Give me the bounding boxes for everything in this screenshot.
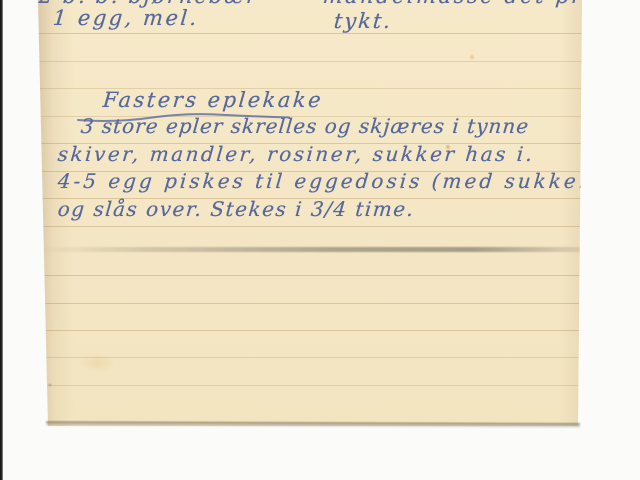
recipe-card-paper: 2 b. b. bjørnebær 1 egg, mel. mandelmass… [0,0,640,480]
ruled-line [38,385,582,386]
ruled-line [38,303,582,304]
recipe-body-line: 3 store epler skrelles og skjæres i tynn… [80,116,530,136]
crease-smudge [38,247,582,252]
paper-bottom-shadow [46,421,580,428]
ruled-line [38,357,582,358]
handwriting-prev-right-line1: mandelmasse det presse [322,0,640,7]
ruled-line [38,330,582,331]
recipe-body-line: 4-5 egg piskes til eggedosis (med sukker… [57,171,603,191]
ruled-line [38,226,582,227]
scanner-edge-strip [0,0,3,480]
ruled-line [38,61,582,62]
ruled-line [38,275,582,276]
handwriting-prev-right-line2: tykt. [333,11,393,32]
recipe-body-line: og slås over. Stekes i 3/4 time. [57,199,415,219]
handwriting-prev-left-line2: 1 egg, mel. [52,8,200,29]
scanned-page: 2 b. b. bjørnebær 1 egg, mel. mandelmass… [0,0,640,480]
ruled-line [38,33,582,34]
recipe-body-line: skiver, mandler, rosiner, sukker has i. [57,144,535,164]
recipe-title: Fasters eplekake [102,90,324,111]
